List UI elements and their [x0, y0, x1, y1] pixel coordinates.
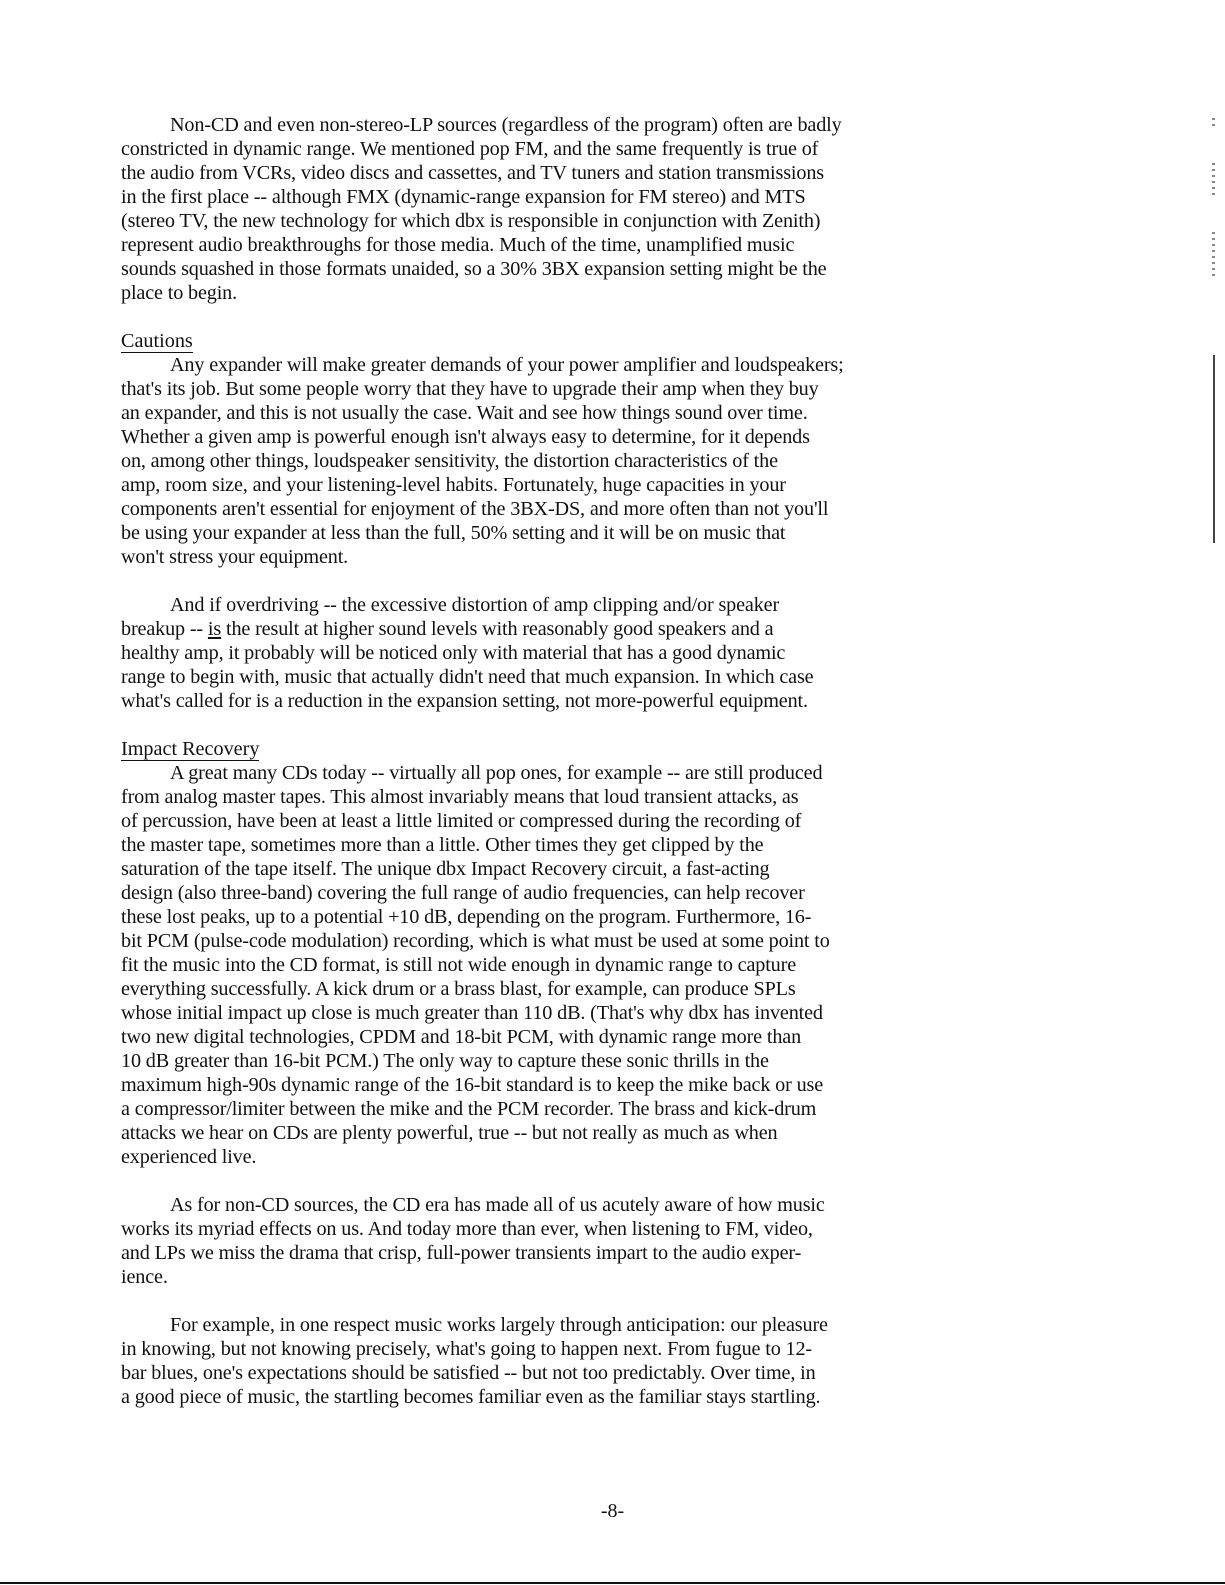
text-line: maximum high-90s dynamic range of the 16…: [121, 1073, 1051, 1097]
text-line: place to begin.: [121, 281, 1051, 305]
text-line: experienced live.: [121, 1145, 1051, 1169]
scan-artifact: [1213, 355, 1215, 543]
section-heading: Impact Recovery: [121, 737, 1051, 761]
text-line: on, among other things, loudspeaker sens…: [121, 449, 1051, 473]
text-line: healthy amp, it probably will be noticed…: [121, 641, 1051, 665]
text-line: whose initial impact up close is much gr…: [121, 1001, 1051, 1025]
text-line: As for non-CD sources, the CD era has ma…: [121, 1193, 1051, 1217]
paragraph-gap: [121, 1169, 1051, 1193]
text-line: won't stress your equipment.: [121, 545, 1051, 569]
text-line: everything successfully. A kick drum or …: [121, 977, 1051, 1001]
text-line: from analog master tapes. This almost in…: [121, 785, 1051, 809]
scan-artifact: [1212, 232, 1215, 277]
text-line: amp, room size, and your listening-level…: [121, 473, 1051, 497]
text-span: breakup --: [121, 618, 208, 640]
section-cautions: Cautions Any expander will make greater …: [121, 329, 1051, 713]
text-span: the result at higher sound levels with r…: [221, 618, 773, 640]
text-line: (stereo TV, the new technology for which…: [121, 209, 1051, 233]
text-line: in knowing, but not knowing precisely, w…: [121, 1337, 1051, 1361]
text-line: fit the music into the CD format, is sti…: [121, 953, 1051, 977]
text-line: Any expander will make greater demands o…: [121, 353, 1051, 377]
cautions-paragraph-2: And if overdriving -- the excessive dist…: [121, 593, 1051, 713]
paragraph-gap: [121, 1289, 1051, 1313]
section-heading-text: Cautions: [121, 330, 193, 353]
text-line: what's called for is a reduction in the …: [121, 689, 1051, 713]
text-line: of percussion, have been at least a litt…: [121, 809, 1051, 833]
text-line: components aren't essential for enjoymen…: [121, 497, 1051, 521]
paragraph-gap: [121, 713, 1051, 737]
text-line: breakup -- is the result at higher sound…: [121, 617, 1051, 641]
section-impact-recovery: Impact Recovery A great many CDs today -…: [121, 737, 1051, 1409]
section-heading-text: Impact Recovery: [121, 738, 259, 761]
text-line: For example, in one respect music works …: [121, 1313, 1051, 1337]
text-line: And if overdriving -- the excessive dist…: [121, 593, 1051, 617]
impact-paragraph-1: A great many CDs today -- virtually all …: [121, 761, 1051, 1169]
text-line: two new digital technologies, CPDM and 1…: [121, 1025, 1051, 1049]
text-line: sounds squashed in those formats unaided…: [121, 257, 1051, 281]
text-line: the audio from VCRs, video discs and cas…: [121, 161, 1051, 185]
text-line: and LPs we miss the drama that crisp, fu…: [121, 1241, 1051, 1265]
page-number: -8-: [0, 1500, 1225, 1523]
scan-artifact: [1212, 163, 1215, 195]
text-line: attacks we hear on CDs are plenty powerf…: [121, 1121, 1051, 1145]
impact-paragraph-3: For example, in one respect music works …: [121, 1313, 1051, 1409]
text-line: saturation of the tape itself. The uniqu…: [121, 857, 1051, 881]
text-line: the master tape, sometimes more than a l…: [121, 833, 1051, 857]
page-bottom-edge: [0, 1582, 1225, 1584]
text-line: bit PCM (pulse-code modulation) recordin…: [121, 929, 1051, 953]
text-line: in the first place -- although FMX (dyna…: [121, 185, 1051, 209]
text-line: design (also three-band) covering the fu…: [121, 881, 1051, 905]
section-heading: Cautions: [121, 329, 1051, 353]
text-line: bar blues, one's expectations should be …: [121, 1361, 1051, 1385]
text-line: be using your expander at less than the …: [121, 521, 1051, 545]
cautions-paragraph-1: Any expander will make greater demands o…: [121, 353, 1051, 569]
paragraph-gap: [121, 569, 1051, 593]
text-line: an expander, and this is not usually the…: [121, 401, 1051, 425]
document-page: Non-CD and even non-stereo-LP sources (r…: [121, 113, 1051, 1409]
text-line: Non-CD and even non-stereo-LP sources (r…: [121, 113, 1051, 137]
text-line: ience.: [121, 1265, 1051, 1289]
text-line: range to begin with, music that actually…: [121, 665, 1051, 689]
scan-artifact: [1212, 118, 1215, 128]
text-line: represent audio breakthroughs for those …: [121, 233, 1051, 257]
intro-paragraph: Non-CD and even non-stereo-LP sources (r…: [121, 113, 1051, 305]
text-line: Whether a given amp is powerful enough i…: [121, 425, 1051, 449]
impact-paragraph-2: As for non-CD sources, the CD era has ma…: [121, 1193, 1051, 1289]
text-line: a good piece of music, the startling bec…: [121, 1385, 1051, 1409]
text-line: 10 dB greater than 16-bit PCM.) The only…: [121, 1049, 1051, 1073]
text-line: that's its job. But some people worry th…: [121, 377, 1051, 401]
paragraph-gap: [121, 305, 1051, 329]
text-line: constricted in dynamic range. We mention…: [121, 137, 1051, 161]
text-line: works its myriad effects on us. And toda…: [121, 1217, 1051, 1241]
text-line: a compressor/limiter between the mike an…: [121, 1097, 1051, 1121]
text-line: these lost peaks, up to a potential +10 …: [121, 905, 1051, 929]
emphasized-word: is: [208, 618, 221, 640]
text-line: A great many CDs today -- virtually all …: [121, 761, 1051, 785]
